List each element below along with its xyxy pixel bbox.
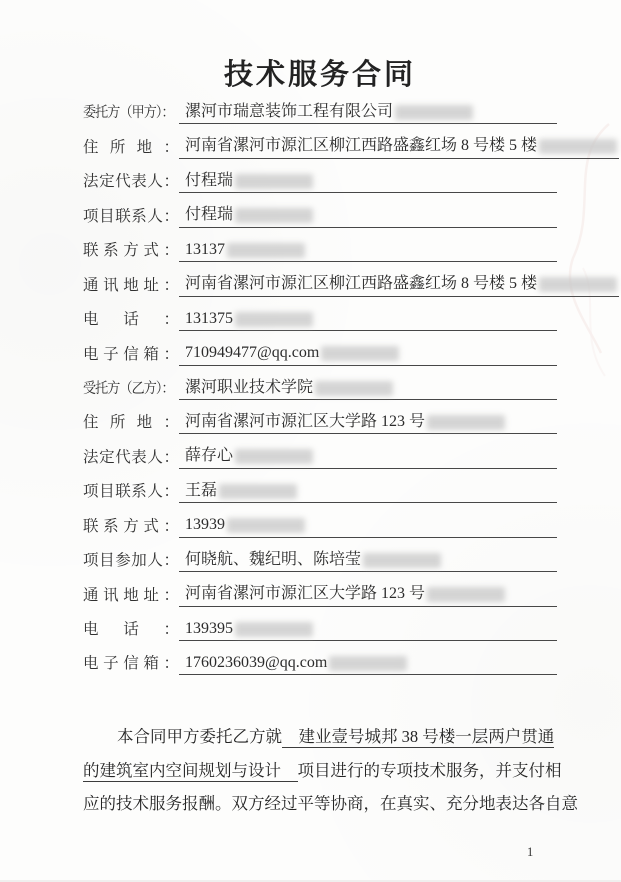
field-value: 何晓航、魏纪明、陈培莹 <box>179 551 557 572</box>
field-value-text: 漯河市瑞意装饰工程有限公司 <box>185 103 393 120</box>
field-value: 13137 <box>179 241 557 262</box>
field-value-text: 710949477@qq.com <box>185 344 319 361</box>
paragraph-line: 的建筑室内空间规划与设计 项目进行的专项技术服务，并支付相 <box>83 754 561 788</box>
field-label: 住所地： <box>83 135 179 159</box>
field-label: 项目参加人： <box>83 548 179 572</box>
field-value-text: 1760236039@qq.com <box>185 654 327 671</box>
field-value-text: 漯河职业技术学院 <box>185 379 313 396</box>
page-number: 1 <box>527 845 533 860</box>
field-value: 710949477@qq.com <box>179 344 557 365</box>
field-value: 13939 <box>179 516 557 537</box>
form-row: 项目参加人： 何晓航、魏纪明、陈培莹 <box>83 538 557 572</box>
redaction-blur <box>227 518 305 533</box>
form-row: 法定代表人： 薛存心 <box>83 434 557 468</box>
field-value: 河南省漯河市源汇区大学路 123 号 <box>179 585 557 606</box>
form-row: 通讯地址： 河南省漯河市源汇区柳江西路盛鑫红场 8 号楼 5 楼 <box>83 262 557 296</box>
field-value-text: 131375 <box>185 310 233 327</box>
form-row: 委托方（甲方）： 漯河市瑞意装饰工程有限公司 <box>83 90 557 124</box>
field-value-text: 河南省漯河市源汇区大学路 123 号 <box>185 413 425 430</box>
field-value: 131375 <box>179 310 557 331</box>
redaction-blur <box>363 553 441 568</box>
field-value-text: 河南省漯河市源汇区柳江西路盛鑫红场 8 号楼 5 楼 <box>185 275 537 292</box>
field-value-text: 付程瑞 <box>185 206 233 223</box>
field-label: 电话： <box>83 307 179 331</box>
form-row: 通讯地址： 河南省漯河市源汇区大学路 123 号 <box>83 572 557 606</box>
form-row: 电话： 131375 <box>83 297 557 331</box>
redaction-blur <box>395 105 473 120</box>
field-label: 电子信箱： <box>83 342 179 366</box>
field-label: 住所地： <box>83 410 179 434</box>
paragraph-text: 项目进行的专项技术服务，并支付相 <box>298 761 562 780</box>
redaction-blur <box>539 139 617 154</box>
field-label: 法定代表人： <box>83 169 179 193</box>
field-value: 付程瑞 <box>179 172 557 193</box>
field-value-text: 139395 <box>185 620 233 637</box>
field-label: 项目联系人： <box>83 479 179 503</box>
redaction-blur <box>329 656 407 671</box>
field-value: 薛存心 <box>179 447 557 468</box>
form-row: 法定代表人： 付程瑞 <box>83 159 557 193</box>
field-label: 受托方（乙方）： <box>83 377 169 400</box>
form-row: 受托方（乙方）： 漯河职业技术学院 <box>83 366 557 400</box>
field-label: 项目联系人： <box>83 204 179 228</box>
paragraph-line: 应的技术服务报酬。双方经过平等协商，在真实、充分地表达各自意 <box>83 787 561 821</box>
paragraph-line: 本合同甲方委托乙方就 建业壹号城邦 38 号楼一层两户贯通 <box>83 720 561 754</box>
form-row: 联系方式： 13137 <box>83 228 557 262</box>
field-value: 139395 <box>179 620 557 641</box>
form-row: 住所地： 河南省漯河市源汇区大学路 123 号 <box>83 400 557 434</box>
field-value: 漯河职业技术学院 <box>179 379 557 400</box>
field-value-text: 河南省漯河市源汇区柳江西路盛鑫红场 8 号楼 5 楼 <box>185 137 537 154</box>
field-value-text: 王磊 <box>185 482 217 499</box>
redaction-blur <box>235 312 313 327</box>
form-row: 电子信箱： 1760236039@qq.com <box>83 641 557 675</box>
field-label: 电话： <box>83 617 179 641</box>
project-name-underlined: 建业壹号城邦 38 号楼一层两户贯通 <box>282 727 554 748</box>
field-label: 通讯地址： <box>83 273 179 297</box>
field-label: 通讯地址： <box>83 583 179 607</box>
field-value: 1760236039@qq.com <box>179 654 557 675</box>
page-title: 技术服务合同 <box>83 52 557 93</box>
field-value-text: 何晓航、魏纪明、陈培莹 <box>185 551 361 568</box>
field-value-text: 河南省漯河市源汇区大学路 123 号 <box>185 585 425 602</box>
form-row: 项目联系人： 王磊 <box>83 469 557 503</box>
paragraph-text: 应的技术服务报酬。双方经过平等协商，在真实、充分地表达各自意 <box>83 794 578 813</box>
field-value: 王磊 <box>179 482 557 503</box>
field-value: 漯河市瑞意装饰工程有限公司 <box>179 103 557 124</box>
field-value-text: 13939 <box>185 516 225 533</box>
form-rows: 委托方（甲方）： 漯河市瑞意装饰工程有限公司 住所地： 河南省漯河市源汇区柳江西… <box>83 90 557 675</box>
redaction-blur <box>539 277 617 292</box>
field-value-text: 付程瑞 <box>185 172 233 189</box>
redaction-blur <box>427 587 505 602</box>
redaction-blur <box>219 484 297 499</box>
redaction-blur <box>315 381 393 396</box>
field-label: 电子信箱： <box>83 651 179 675</box>
redaction-blur <box>235 208 313 223</box>
field-value-text: 薛存心 <box>185 447 233 464</box>
form-row: 住所地： 河南省漯河市源汇区柳江西路盛鑫红场 8 号楼 5 楼 <box>83 124 557 158</box>
contract-paragraph: 本合同甲方委托乙方就 建业壹号城邦 38 号楼一层两户贯通的建筑室内空间规划与设… <box>83 720 561 821</box>
field-label: 联系方式： <box>83 238 179 262</box>
paragraph-text: 本合同甲方委托乙方就 <box>117 727 282 746</box>
field-label: 法定代表人： <box>83 445 179 469</box>
field-value: 河南省漯河市源汇区柳江西路盛鑫红场 8 号楼 5 楼 <box>179 275 619 296</box>
redaction-blur <box>427 415 505 430</box>
form-row: 电话： 139395 <box>83 607 557 641</box>
field-label: 委托方（甲方）： <box>83 101 169 124</box>
redaction-blur <box>321 346 399 361</box>
redaction-blur <box>227 243 305 258</box>
redaction-blur <box>235 174 313 189</box>
field-value: 付程瑞 <box>179 206 557 227</box>
field-value-text: 13137 <box>185 241 225 258</box>
field-label: 联系方式： <box>83 514 179 538</box>
form-row: 项目联系人： 付程瑞 <box>83 193 557 227</box>
redaction-blur <box>235 449 313 464</box>
field-value: 河南省漯河市源汇区大学路 123 号 <box>179 413 557 434</box>
field-value: 河南省漯河市源汇区柳江西路盛鑫红场 8 号楼 5 楼 <box>179 137 619 158</box>
redaction-blur <box>235 622 313 637</box>
form-row: 联系方式： 13939 <box>83 503 557 537</box>
scanned-contract-page: 技术服务合同 委托方（甲方）： 漯河市瑞意装饰工程有限公司 住所地： 河南省漯河… <box>0 0 621 882</box>
project-name-underlined: 的建筑室内空间规划与设计 <box>83 761 298 782</box>
form-row: 电子信箱： 710949477@qq.com <box>83 331 557 365</box>
